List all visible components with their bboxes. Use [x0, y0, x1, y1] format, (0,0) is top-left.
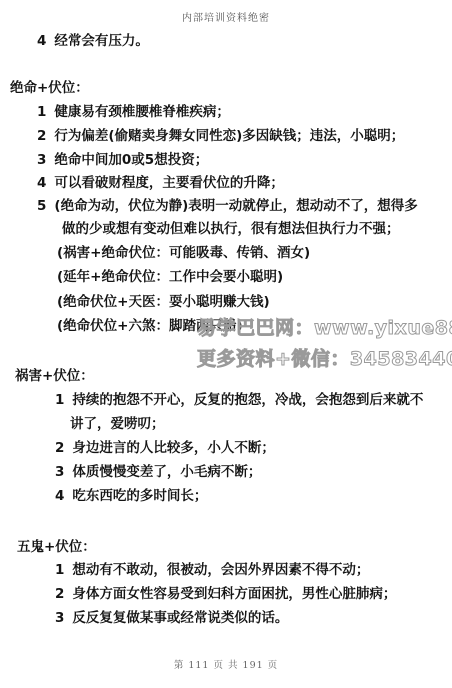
list-item-continuation: 做的少或想有变动但难以执行，很有想法但执行力不强；: [62, 220, 400, 238]
item-number: 3: [55, 463, 64, 481]
item-text: 体质慢慢变差了，小毛病不断；: [72, 464, 261, 480]
item-number: 1: [55, 561, 64, 579]
item-number: 4: [37, 174, 46, 192]
watermark-wechat: 更多资料+微信：3458344044: [197, 344, 452, 371]
item-number: 3: [37, 151, 46, 169]
item-number: 2: [55, 439, 64, 457]
item-text: 绝命中间加0或5想投资；: [54, 152, 208, 168]
item-text: 健康易有颈椎腰椎脊椎疾病；: [54, 104, 230, 120]
item-text: (绝命为动，伏位为静)表明一动就停止，想动动不了，想得多: [54, 198, 417, 214]
item-number: 1: [55, 391, 64, 409]
note-line: (绝命伏位+天医：耍小聪明赚大钱): [57, 293, 270, 311]
item-number: 3: [55, 609, 64, 627]
list-item: 5(绝命为动，伏位为静)表明一动就停止，想动动不了，想得多: [37, 197, 418, 215]
item-number: 5: [37, 197, 46, 215]
list-item: 1健康易有颈椎腰椎脊椎疾病；: [37, 103, 230, 121]
section-title-huohai-fuwei: 祸害+伏位：: [15, 367, 94, 385]
list-item: 4可以看破财程度，主要看伏位的升降；: [37, 174, 284, 192]
item-number: 2: [55, 585, 64, 603]
item-text: 经常会有压力。: [54, 33, 149, 49]
item-text: 可以看破财程度，主要看伏位的升降；: [54, 175, 284, 191]
item-number: 4: [55, 487, 64, 505]
item-text: 身体方面女性容易受到妇科方面困扰，男性心脏肺病；: [72, 586, 396, 602]
item-text: 身边进言的人比较多，小人不断；: [72, 440, 275, 456]
list-item: 1持续的抱怨不开心，反复的抱怨，冷战，会抱怨到后来就不: [55, 391, 423, 409]
section-title-wugui-fuwei: 五鬼+伏位：: [17, 538, 96, 556]
item-number: 1: [37, 103, 46, 121]
item-number: 2: [37, 127, 46, 145]
list-item: 3绝命中间加0或5想投资；: [37, 151, 208, 169]
item-text: 持续的抱怨不开心，反复的抱怨，冷战，会抱怨到后来就不: [72, 392, 423, 408]
item-number: 4: [37, 32, 46, 50]
intro-item: 4经常会有压力。: [37, 32, 149, 50]
section-title-jueming-fuwei: 绝命+伏位：: [10, 79, 89, 97]
list-item: 3体质慢慢变差了，小毛病不断；: [55, 463, 261, 481]
list-item: 2行为偏差(偷赌卖身舞女同性恋)多因缺钱；违法，小聪明；: [37, 127, 404, 145]
note-line: (祸害+绝命伏位：可能吸毒、传销、酒女): [57, 244, 310, 262]
list-item: 1想动有不敢动，很被动，会因外界因素不得不动；: [55, 561, 369, 579]
list-item: 4吃东西吃的多时间长；: [55, 487, 207, 505]
watermark-website: 易学巴巴网：www.yixue88.cn: [197, 313, 452, 340]
list-item: 2身边进言的人比较多，小人不断；: [55, 439, 275, 457]
list-item: 3反反复复做某事或经常说类似的话。: [55, 609, 288, 627]
note-line: (延年+绝命伏位：工作中会要小聪明): [57, 268, 283, 286]
item-text: 吃东西吃的多时间长；: [72, 488, 207, 504]
page-header: 内部培训资料绝密: [0, 9, 452, 24]
list-item: 2身体方面女性容易受到妇科方面困扰，男性心脏肺病；: [55, 585, 396, 603]
item-text: 想动有不敢动，很被动，会因外界因素不得不动；: [72, 562, 369, 578]
page-footer: 第 111 页 共 191 页: [0, 657, 452, 671]
item-text: 反反复复做某事或经常说类似的话。: [72, 610, 288, 626]
list-item-continuation: 讲了，爱唠叨；: [70, 415, 165, 433]
item-text: 行为偏差(偷赌卖身舞女同性恋)多因缺钱；违法，小聪明；: [54, 128, 404, 144]
